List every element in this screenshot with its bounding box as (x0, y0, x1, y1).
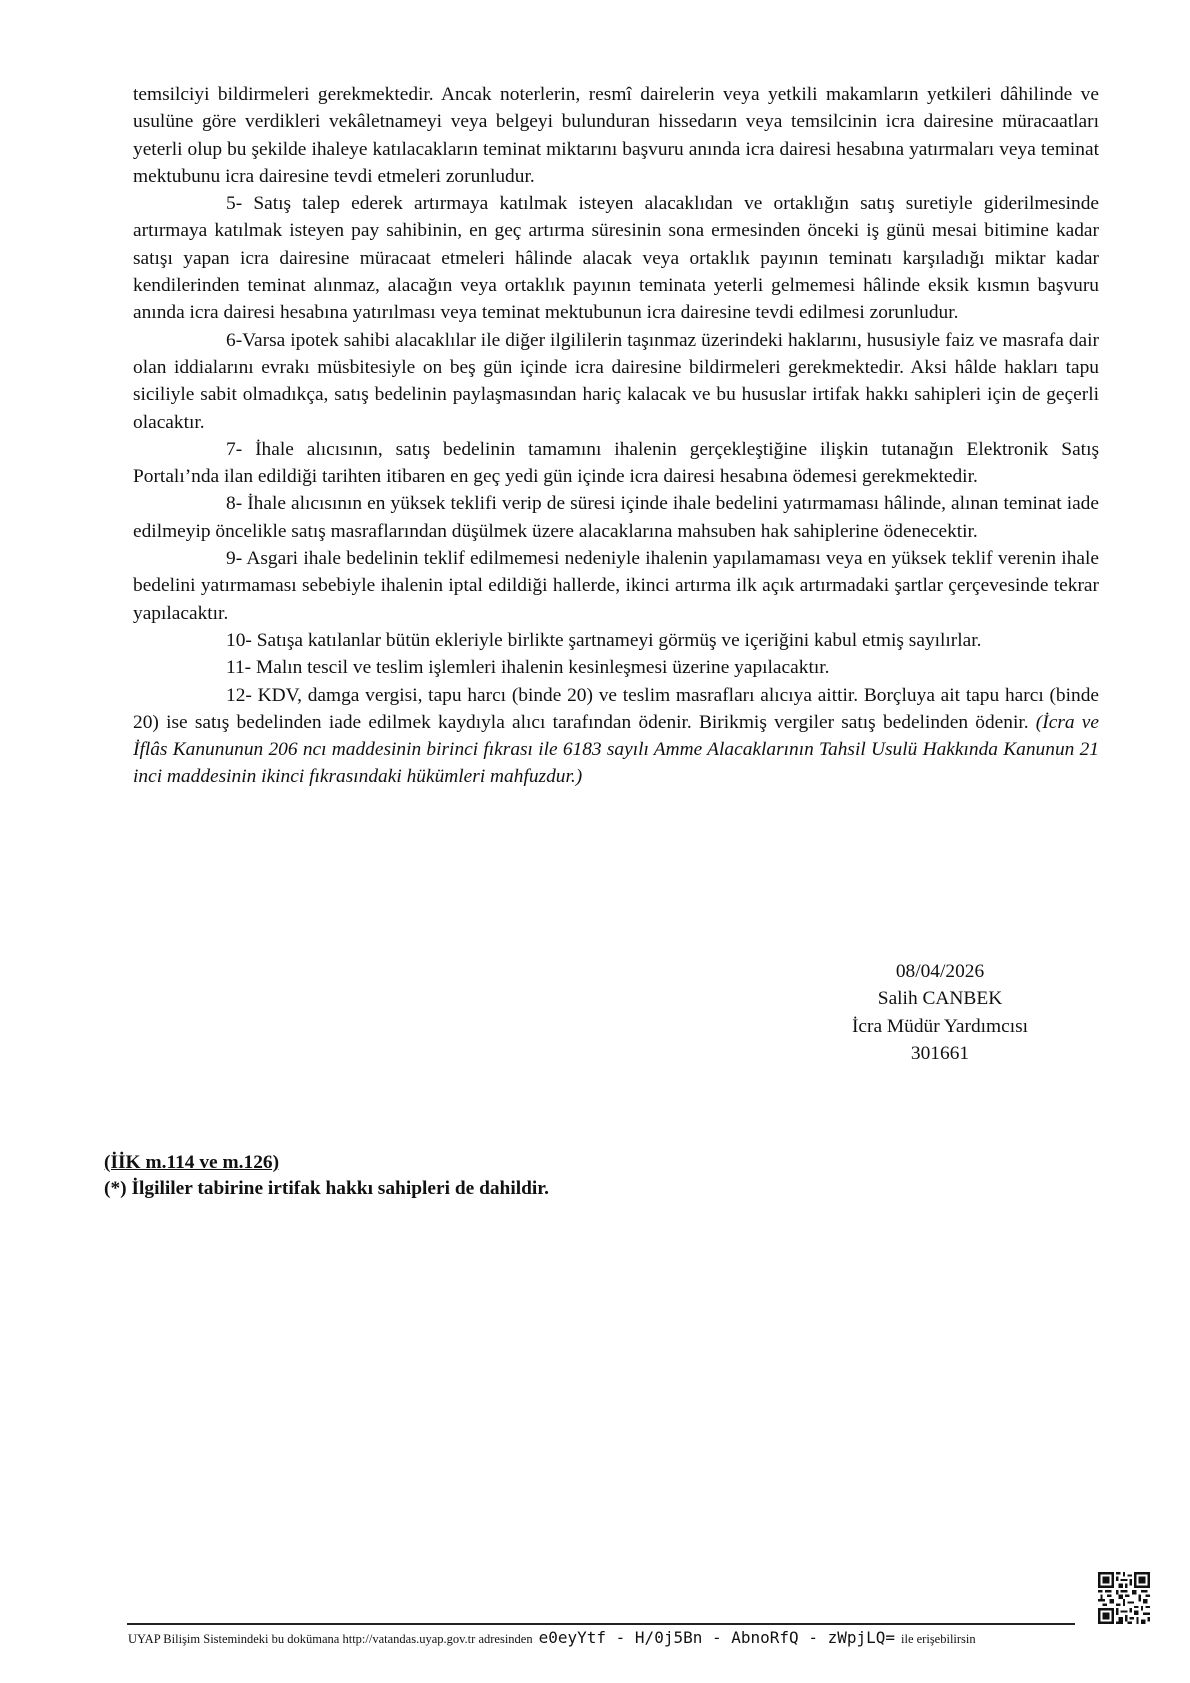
paragraph-12-text: 12- KDV, damga vergisi, tapu harcı (bind… (133, 685, 1099, 733)
signature-name: Salih CANBEK (820, 985, 1060, 1012)
paragraph-continuation: temsilciyi bildirmeleri gerekmektedir. A… (133, 81, 1099, 190)
signature-title: İcra Müdür Yardımcısı (820, 1013, 1060, 1040)
notes-block: (İİK m.114 ve m.126) (*) İlgililer tabir… (104, 1150, 549, 1202)
legal-reference: (İİK m.114 ve m.126) (104, 1150, 549, 1176)
document-page: temsilciyi bildirmeleri gerekmektedir. A… (0, 0, 1190, 1683)
paragraph-12: 12- KDV, damga vergisi, tapu harcı (bind… (133, 682, 1099, 791)
paragraph-7: 7- İhale alıcısının, satış bedelinin tam… (133, 436, 1099, 491)
footer-prefix: UYAP Bilişim Sistemindeki bu dokümana ht… (128, 1632, 533, 1647)
paragraph-6: 6-Varsa ipotek sahibi alacaklılar ile di… (133, 327, 1099, 436)
verification-code: e0eyYtf - H/0j5Bn - AbnoRfQ - zWpjLQ= (539, 1628, 895, 1647)
paragraph-9: 9- Asgari ihale bedelinin teklif edilmem… (133, 545, 1099, 627)
signature-id: 301661 (820, 1040, 1060, 1067)
footer-verification: UYAP Bilişim Sistemindeki bu dokümana ht… (128, 1628, 976, 1647)
paragraph-8: 8- İhale alıcısının en yüksek teklifi ve… (133, 490, 1099, 545)
signature-date: 08/04/2026 (820, 958, 1060, 985)
document-body: temsilciyi bildirmeleri gerekmektedir. A… (133, 81, 1099, 791)
paragraph-11: 11- Malın tescil ve teslim işlemleri iha… (133, 654, 1099, 681)
signature-block: 08/04/2026 Salih CANBEK İcra Müdür Yardı… (820, 958, 1060, 1067)
qr-code-icon[interactable] (1096, 1570, 1152, 1626)
footnote: (*) İlgililer tabirine irtifak hakkı sah… (104, 1176, 549, 1202)
paragraph-10: 10- Satışa katılanlar bütün ekleriyle bi… (133, 627, 1099, 654)
paragraph-5: 5- Satış talep ederek artırmaya katılmak… (133, 190, 1099, 326)
footer-suffix: ile erişebilirsin (901, 1632, 976, 1647)
footer-divider (127, 1623, 1075, 1625)
